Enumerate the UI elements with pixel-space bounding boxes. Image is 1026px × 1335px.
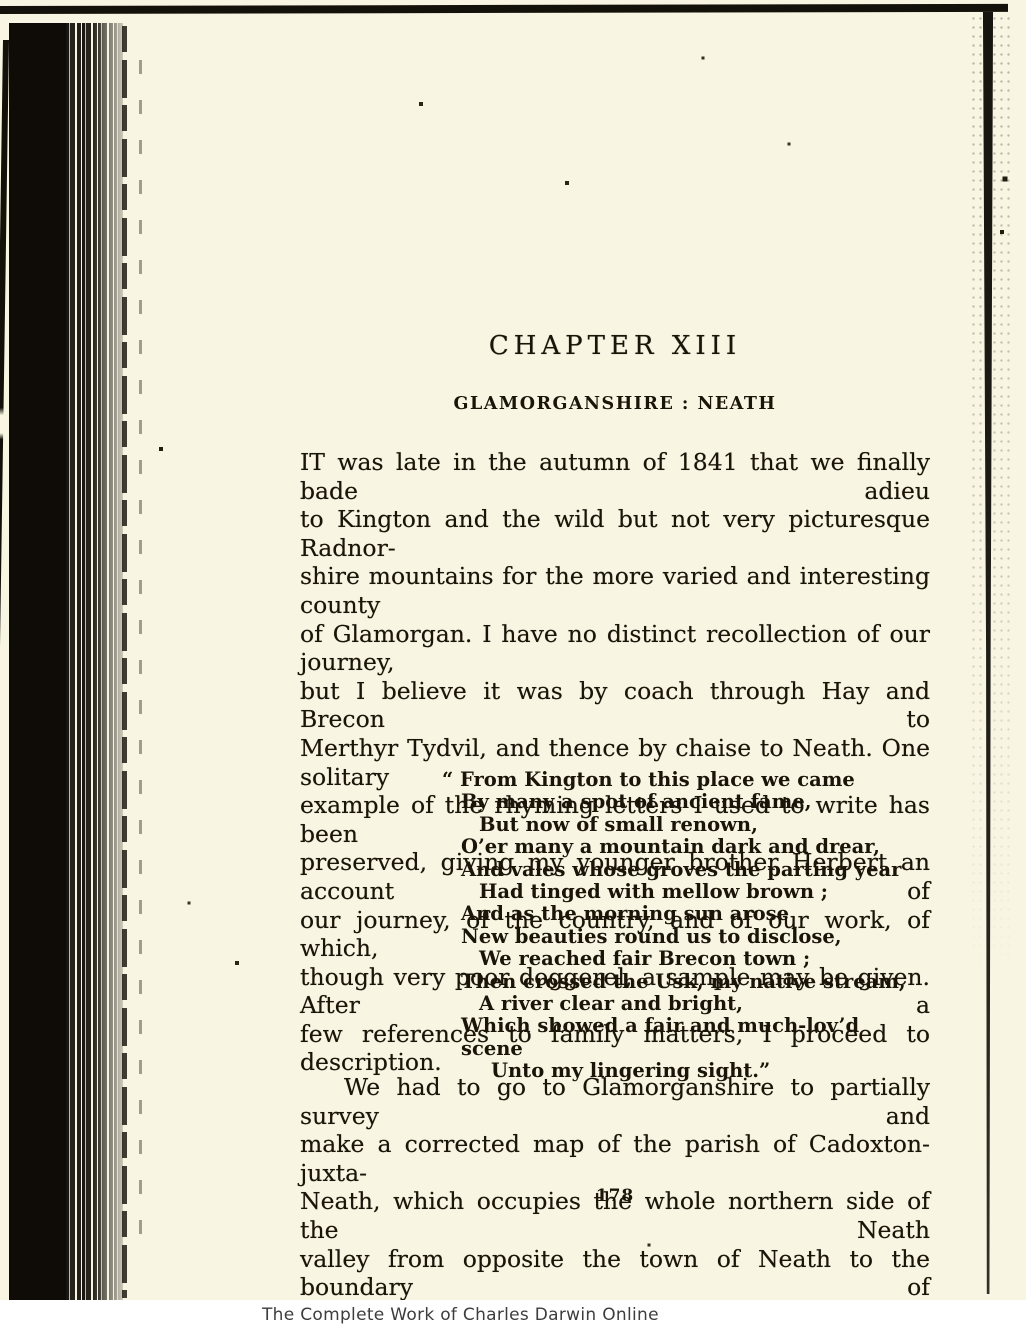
text-line: valley from opposite the town of Neath t… [300,1245,930,1302]
poem-line: And vales whose groves the parting year [442,859,912,881]
poem-line: O’er many a mountain dark and drear, [442,836,912,858]
scan-binding-band [9,23,66,1302]
poem-line: A river clear and bright, [442,993,912,1015]
text-line: IT was late in the autumn of 1841 that w… [300,448,930,505]
text-line: make a corrected map of the parish of Ca… [300,1130,930,1187]
page-scan: CHAPTER XIII GLAMORGANSHIRE : NEATH IT w… [0,0,1026,1300]
poem-line: Then crossed the Usk, my native stream, [442,971,912,993]
text-line: We had to go to Glamorganshire to partia… [300,1073,930,1130]
poem-line: And as the morning sun arose [442,903,912,925]
chapter-title: CHAPTER XIII [300,331,930,361]
page-content: CHAPTER XIII GLAMORGANSHIRE : NEATH IT w… [300,0,930,1300]
scan-streak-line [122,26,127,1298]
scan-streak-faint [139,60,142,1240]
text-line: shire mountains for the more varied and … [300,562,930,619]
text-line: of Glamorgan. I have no distinct recolle… [300,620,930,677]
footer: The Complete Work of Charles Darwin Onli… [0,1300,1026,1335]
text-line: but I believe it was by coach through Ha… [300,677,930,734]
page-number: 178 [300,1186,930,1206]
scanned-book-page: CHAPTER XIII GLAMORGANSHIRE : NEATH IT w… [0,0,1026,1335]
poem-line: Had tinged with mellow brown ; [442,881,912,903]
section-title: GLAMORGANSHIRE : NEATH [300,394,930,414]
poem-line: By many a spot of ancient fame, [442,791,912,813]
poem-line: New beauties round us to disclose, [442,926,912,948]
poem-block: “ From Kington to this place we cameBy m… [442,769,912,1083]
poem-line: “ From Kington to this place we came [442,769,912,791]
poem-line: But now of small renown, [442,814,912,836]
poem-line: We reached fair Brecon town ; [442,948,912,970]
scan-binding-streaks [66,23,124,1302]
poem-line: Which showed a fair and much-lov’d scene [442,1015,912,1060]
scan-left-edge-line [0,40,9,1308]
footer-caption: The Complete Work of Charles Darwin Onli… [262,1305,659,1325]
scan-right-speckle [970,14,1012,994]
text-line: to Kington and the wild but not very pic… [300,505,930,562]
scan-noise [0,0,2,2]
